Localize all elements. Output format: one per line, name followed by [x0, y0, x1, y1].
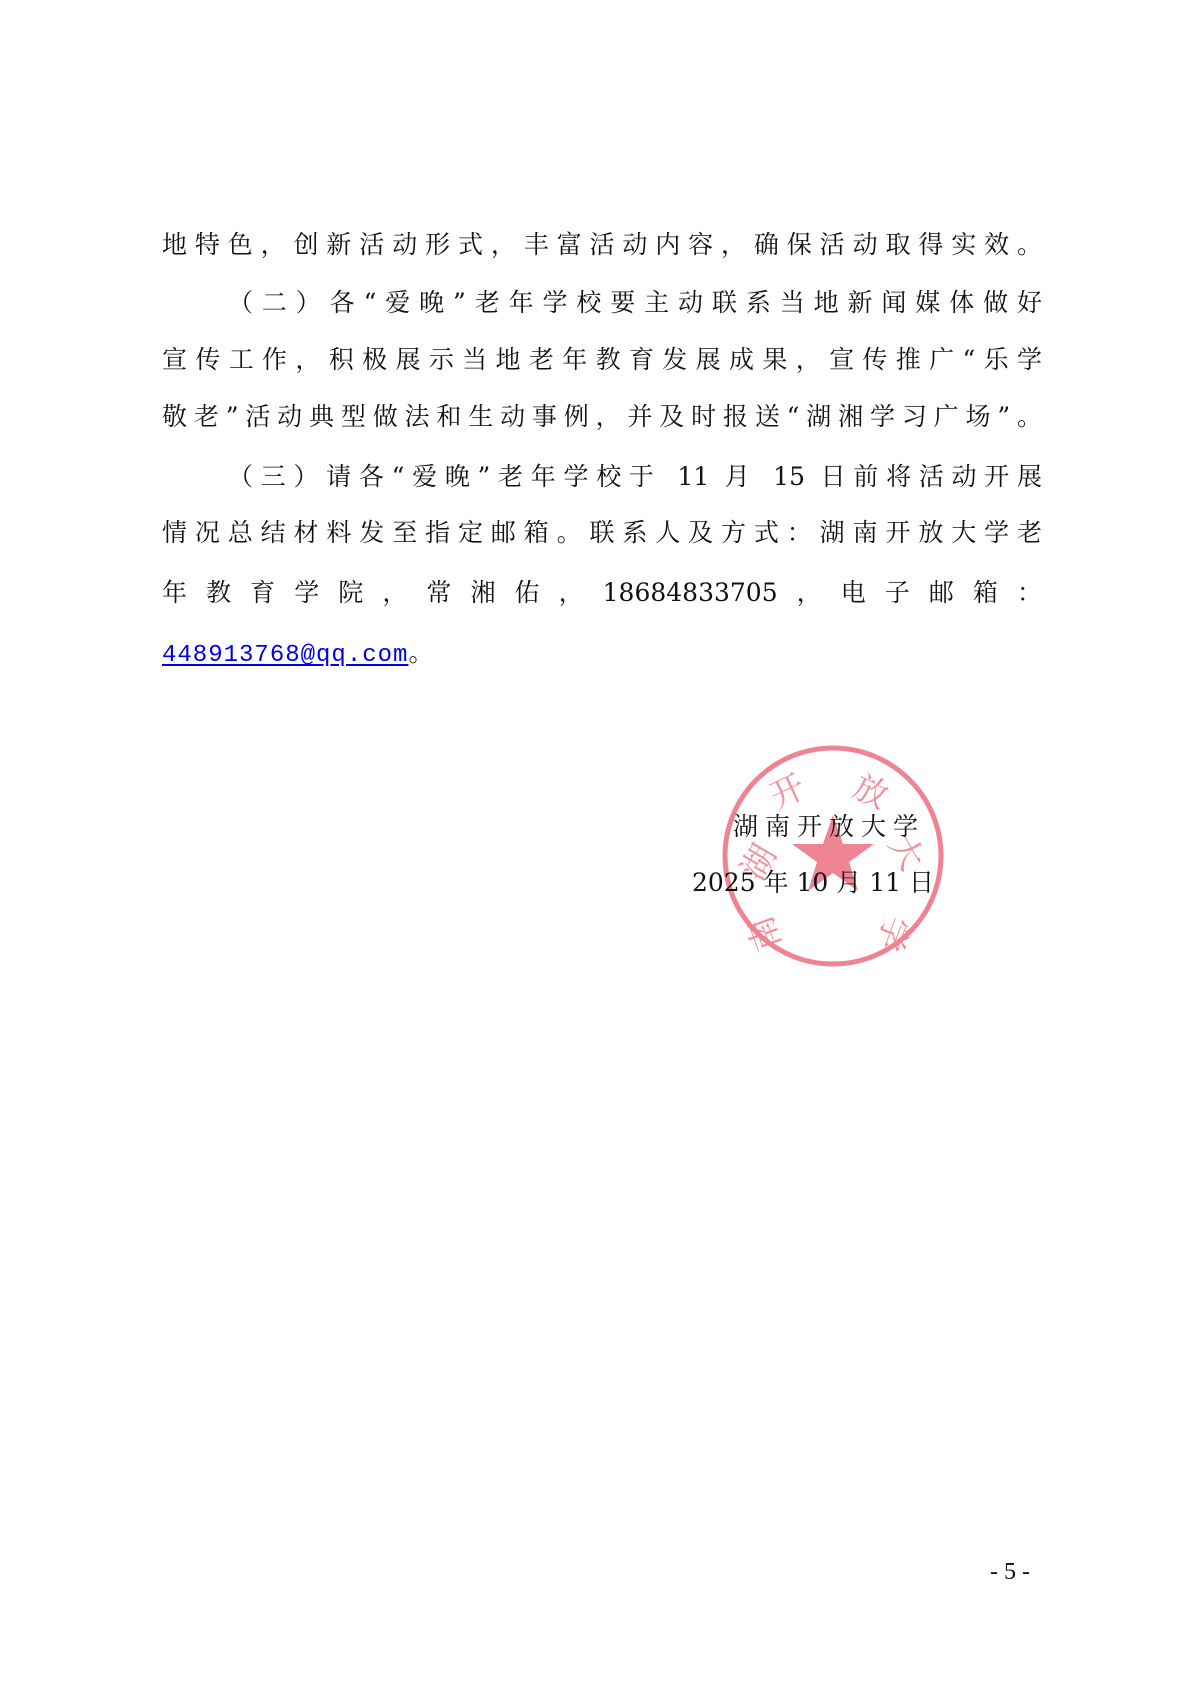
paragraph-2-line-3: 敬老”活动典型做法和生动事例，并及时报送“湖湘学习广场”。 — [162, 397, 1042, 437]
paragraph-3-line-2: 情况总结材料发至指定邮箱。联系人及方式：湖南开放大学老 — [162, 513, 1042, 553]
svg-text:学: 学 — [868, 911, 917, 957]
document-page: 地特色，创新活动形式，丰富活动内容，确保活动取得实效。 （二）各“爱晚”老年学校… — [0, 0, 1191, 1684]
signature-date: 2025 年 10 月 11 日 — [692, 863, 934, 903]
paragraph-2-line-2: 宣传工作，积极展示当地老年教育发展成果，宣传推广“乐学 — [162, 340, 1042, 380]
signature-organization: 湖南开放大学 — [733, 807, 925, 847]
contact-email-link[interactable]: 448913768@qq.com — [162, 642, 408, 669]
paragraph-3-line-1: （三）请各“爱晚”老年学校于 11 月 15 日前将活动开展 — [228, 457, 1042, 497]
page-number: - 5 - — [990, 1556, 1030, 1588]
official-seal-icon: 湖 开 放 大 南 学 — [720, 743, 946, 969]
paragraph-2-line-1: （二）各“爱晚”老年学校要主动联系当地新闻媒体做好 — [228, 283, 1042, 323]
email-suffix: 。 — [408, 638, 433, 667]
paragraph-1-line-1: 地特色，创新活动形式，丰富活动内容，确保活动取得实效。 — [162, 225, 1042, 265]
paragraph-3-email-line: 448913768@qq.com。 — [162, 633, 1042, 673]
paragraph-3-line-3: 年教育学院，常湘佑，18684833705，电子邮箱： — [162, 573, 1042, 613]
